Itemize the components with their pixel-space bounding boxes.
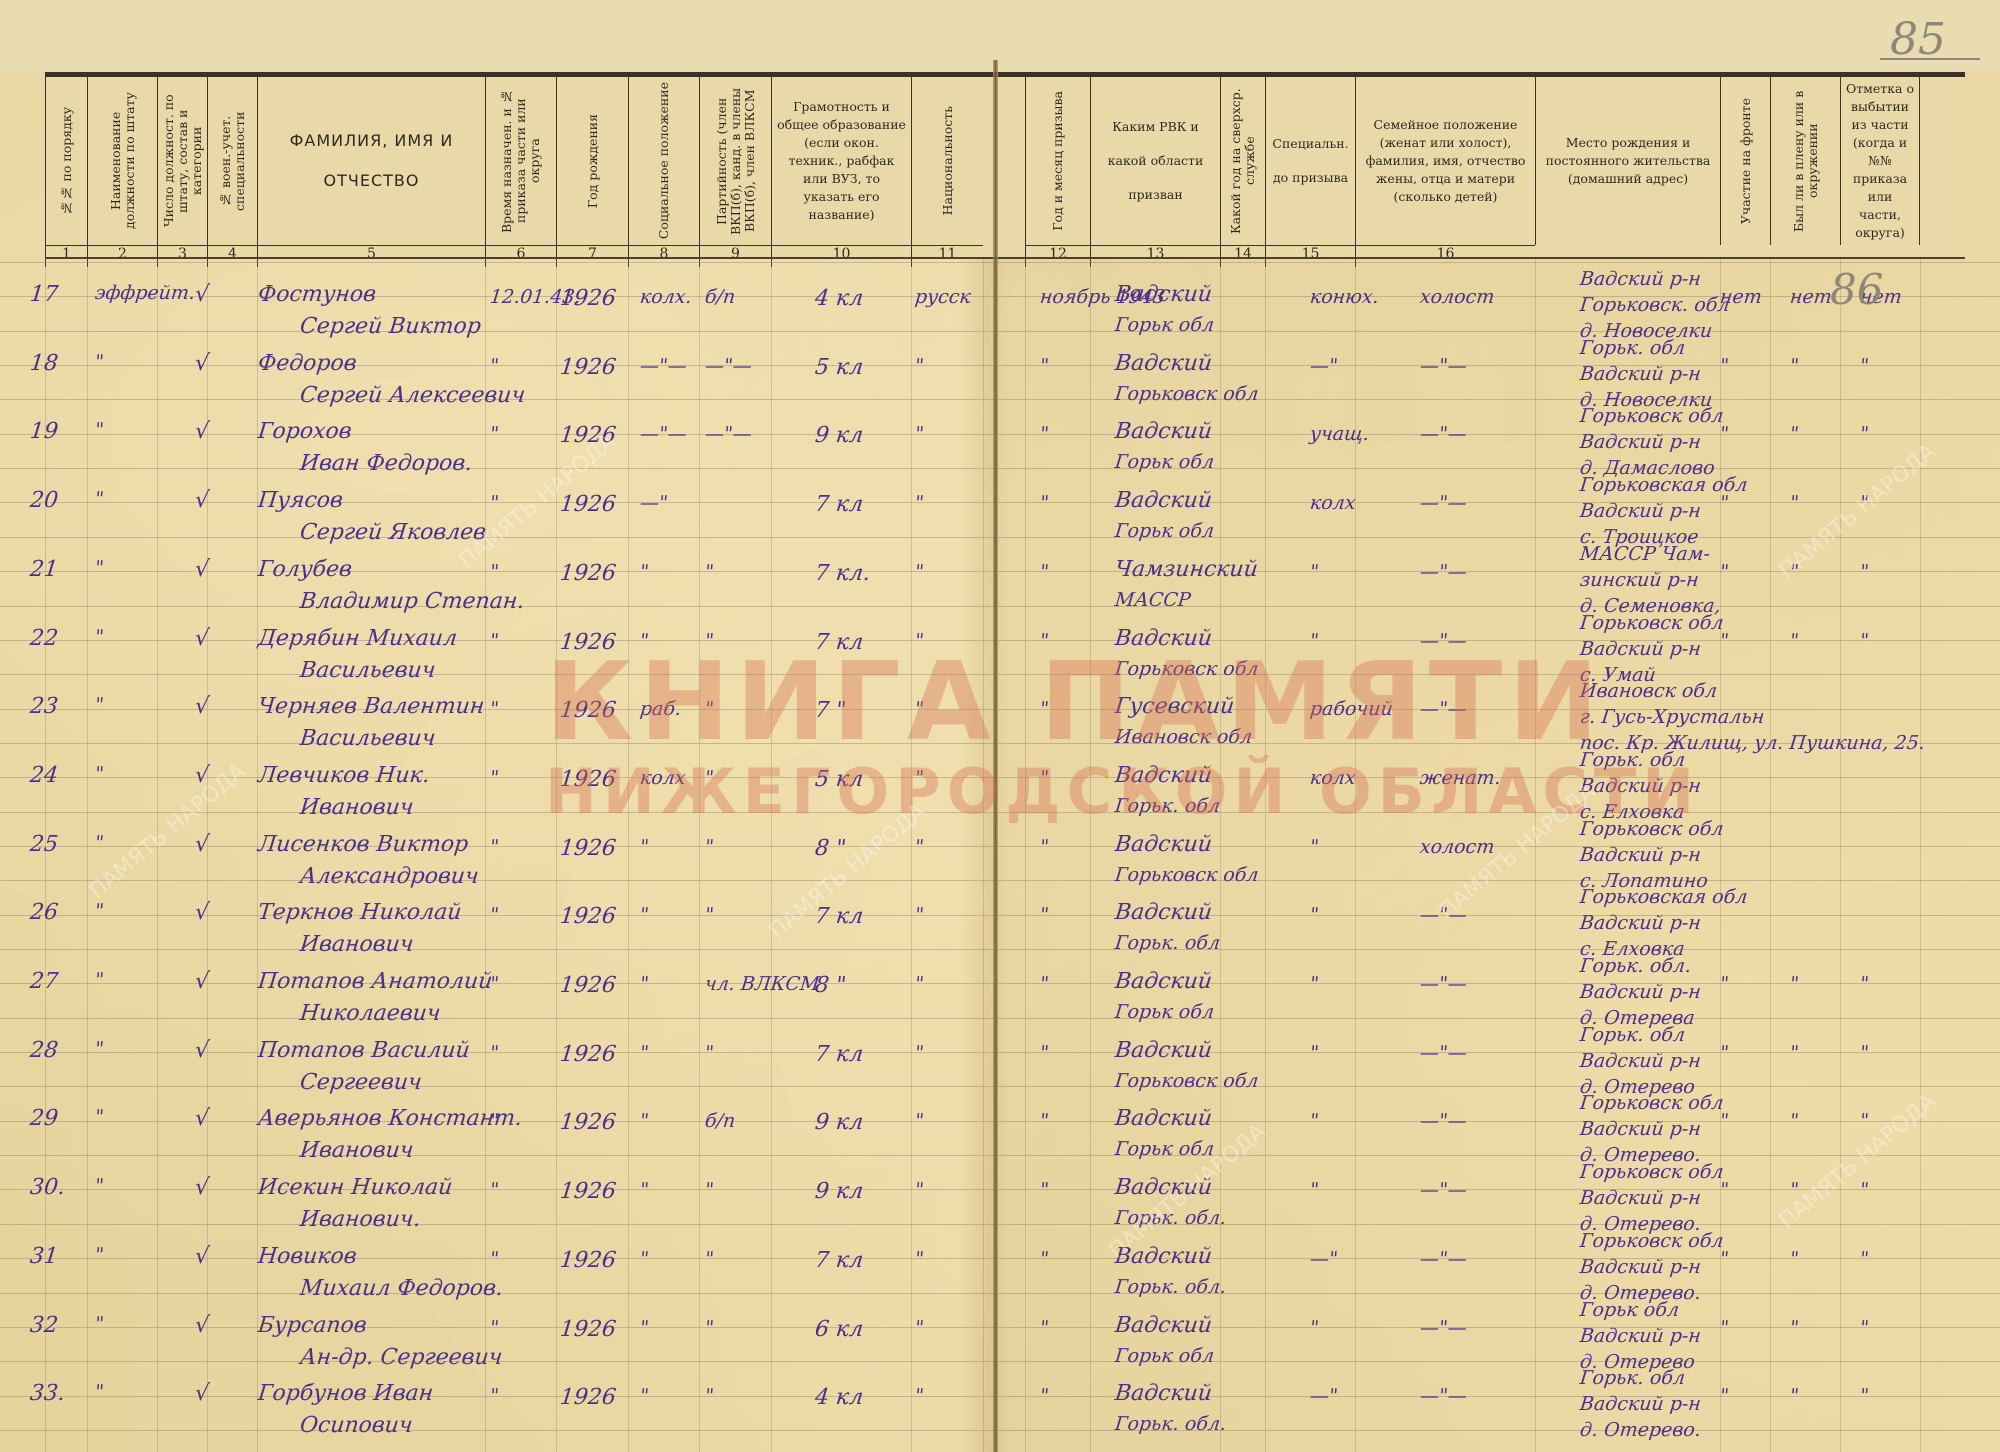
surname-given: Пуясов xyxy=(257,488,345,513)
pre-service-specialty: колх xyxy=(1309,492,1357,514)
draft-office: Вадский xyxy=(1114,1313,1214,1338)
row-number: 26 xyxy=(29,900,60,925)
column-rule xyxy=(485,259,486,1452)
marital-status: —"— xyxy=(1419,423,1468,445)
check-mark: √ xyxy=(194,1381,211,1406)
social-status: —"— xyxy=(639,423,688,445)
row-number: 25 xyxy=(29,832,60,857)
birth-year: 1926 xyxy=(559,1248,618,1273)
draft-office: Вадский xyxy=(1114,969,1214,994)
draft-region: Горьк обл xyxy=(1114,1345,1215,1367)
address-line-1: Горьк. обл xyxy=(1579,337,1686,359)
col-num-1: 1 xyxy=(45,245,87,267)
marital-status: —"— xyxy=(1419,1042,1468,1064)
birth-year: 1926 xyxy=(559,836,618,861)
draft-region: Горьк. обл. xyxy=(1114,1276,1227,1298)
birth-year: 1926 xyxy=(559,1110,618,1135)
birth-year: 1926 xyxy=(559,1042,618,1067)
check-mark: √ xyxy=(194,1244,211,1269)
col-num-4: 4 xyxy=(207,245,257,267)
draft-region: Горьк обл xyxy=(1114,520,1215,542)
col-header-1: №№ по порядку xyxy=(45,77,87,245)
education: 9 кл xyxy=(814,423,865,448)
surname-given: Новиков xyxy=(257,1244,358,1269)
draft-office: Вадский xyxy=(1114,1381,1214,1406)
draft-region: Горьк. обл. xyxy=(1114,1413,1227,1435)
column-rule xyxy=(1770,259,1771,1452)
col-header-10: Грамотность и общее образование (если ок… xyxy=(771,77,911,245)
address-line-1: Горьковск обл xyxy=(1579,1092,1725,1114)
surname-given: Лисенков Виктор xyxy=(257,832,470,857)
marital-status: —"— xyxy=(1419,1248,1468,1270)
address-line-1: Горьковск обл xyxy=(1579,1161,1725,1183)
pre-service-specialty: конюх. xyxy=(1309,286,1380,308)
pre-service-specialty: —" xyxy=(1309,1385,1339,1407)
marital-status: —"— xyxy=(1419,1110,1468,1132)
draft-office: Вадский xyxy=(1114,832,1214,857)
surname-given: Федоров xyxy=(257,351,358,376)
education: 8 " xyxy=(814,836,848,861)
education: 4 кл xyxy=(814,286,865,311)
col-num-3: 3 xyxy=(157,245,207,267)
social-status: колх. xyxy=(639,286,693,308)
birth-year: 1926 xyxy=(559,1179,618,1204)
birth-year: 1926 xyxy=(559,1385,618,1410)
col-num-15: 15 xyxy=(1265,245,1355,267)
col-num-9: 9 xyxy=(699,245,771,267)
given-patronymic: Иванович xyxy=(299,1138,415,1163)
given-patronymic: Иванович. xyxy=(299,1207,422,1232)
col-header-4: № воен.-учет. специальности xyxy=(207,77,257,245)
marital-status: холост xyxy=(1419,286,1496,308)
col-header-9: Партийность (член ВКП(б), канд. в члены … xyxy=(699,77,771,245)
row-number: 33. xyxy=(29,1381,67,1406)
col-header-12: Год и месяц призыва xyxy=(1025,77,1090,245)
draft-office: Вадский xyxy=(1114,900,1214,925)
marital-status: —"— xyxy=(1419,1179,1468,1201)
address-line-3: д. Отерево. xyxy=(1579,1419,1702,1441)
check-mark: √ xyxy=(194,557,211,582)
education: 6 кл xyxy=(814,1317,865,1342)
row-number: 30. xyxy=(29,1175,67,1200)
surname-given: Фостунов xyxy=(257,282,378,307)
row-number: 22 xyxy=(29,626,60,651)
draft-region: Горьковск обл xyxy=(1114,383,1260,405)
draft-region: Горьк обл xyxy=(1114,314,1215,336)
address-line-2: Вадский р-н xyxy=(1579,912,1702,934)
draft-region: Горьк. обл xyxy=(1114,932,1221,954)
col-num-13: 13 xyxy=(1090,245,1220,267)
old-page-number: 86 xyxy=(1830,265,1883,314)
column-rule xyxy=(699,259,700,1452)
front-participation: нет xyxy=(1719,286,1763,308)
education: 8 " xyxy=(814,973,848,998)
birth-year: 1926 xyxy=(559,355,618,380)
given-patronymic: Иванович xyxy=(299,795,415,820)
address-line-2: Горьковск. обл xyxy=(1579,294,1731,316)
social-status: —" xyxy=(639,492,669,514)
pre-service-specialty: учащ. xyxy=(1309,423,1371,445)
column-rule xyxy=(1265,259,1266,1452)
party-membership: —"— xyxy=(704,423,753,445)
check-mark: √ xyxy=(194,1106,211,1131)
surname-given: Исекин Николай xyxy=(257,1175,454,1200)
row-number: 32 xyxy=(29,1313,60,1338)
social-status: —"— xyxy=(639,355,688,377)
check-mark: √ xyxy=(194,832,211,857)
address-line-1: Горьковск обл xyxy=(1579,405,1725,427)
column-rule xyxy=(1535,259,1536,1452)
address-line-2: Вадский р-н xyxy=(1579,981,1702,1003)
given-patronymic: Владимир Степан. xyxy=(299,589,526,614)
draft-office: Чамзинский xyxy=(1114,557,1259,582)
column-rule xyxy=(771,259,772,1452)
address-line-1: Горьк. обл xyxy=(1579,1367,1686,1389)
column-rule xyxy=(1025,259,1026,1452)
education: 9 кл xyxy=(814,1110,865,1135)
address-line-1: Горьк. обл. xyxy=(1579,955,1692,977)
education: 7 кл xyxy=(814,1248,865,1273)
given-patronymic: Сергеевич xyxy=(299,1070,423,1095)
col-header-15: Специальн. до призыва xyxy=(1265,77,1355,245)
surname-given: Аверьянов Констант. xyxy=(257,1106,524,1131)
address-line-2: Вадский р-н xyxy=(1579,431,1702,453)
given-patronymic: Сергей Алексеевич xyxy=(299,383,527,408)
check-mark: √ xyxy=(194,351,211,376)
column-rule xyxy=(1090,259,1091,1452)
column-rule xyxy=(628,259,629,1452)
check-mark: √ xyxy=(194,282,211,307)
watermark-title: КНИГА ПАМЯТИ xyxy=(545,640,1605,765)
draft-region: Горьк обл xyxy=(1114,1138,1215,1160)
row-number: 20 xyxy=(29,488,60,513)
marital-status: —"— xyxy=(1419,492,1468,514)
row-number: 31 xyxy=(29,1244,60,1269)
draft-region: Горьк обл xyxy=(1114,1001,1215,1023)
birth-year: 1926 xyxy=(559,973,618,998)
col-header-3: Число должност. по штату, состав и катег… xyxy=(157,77,207,245)
address-line-2: Вадский р-н xyxy=(1579,1050,1702,1072)
address-line-1: Горьковск обл xyxy=(1579,612,1725,634)
col-num-12: 12 xyxy=(1025,245,1090,267)
col-num-8: 8 xyxy=(628,245,699,267)
surname-given: Левчиков Ник. xyxy=(257,763,431,788)
surname-given: Черняев Валентин xyxy=(257,694,486,719)
check-mark: √ xyxy=(194,1175,211,1200)
education: 7 кл. xyxy=(814,561,872,586)
address-line-2: Вадский р-н xyxy=(1579,1118,1702,1140)
address-line-2: Вадский р-н xyxy=(1579,1393,1702,1415)
draft-office: Вадский xyxy=(1114,1038,1214,1063)
pre-service-specialty: —" xyxy=(1309,1248,1339,1270)
marital-status: —"— xyxy=(1419,1317,1468,1339)
column-rule xyxy=(983,259,984,1452)
draft-office: Вадский xyxy=(1114,351,1214,376)
top-margin xyxy=(0,0,2000,72)
address-line-2: Вадский р-н xyxy=(1579,1187,1702,1209)
column-rule xyxy=(1920,259,1921,1452)
page-number-underline xyxy=(1880,58,1980,60)
col-header-2: Наименование должности по штату xyxy=(87,77,157,245)
surname-given: Потапов Анатолий xyxy=(257,969,494,994)
watermark-subtitle: НИЖЕГОРОДСКОЙ ОБЛАСТИ xyxy=(545,755,1700,828)
column-rule xyxy=(911,259,912,1452)
address-line-2: г. Гусь-Хрустальн xyxy=(1579,706,1766,728)
party-membership: —"— xyxy=(704,355,753,377)
col-num-16: 16 xyxy=(1355,245,1535,267)
address-line-2: Вадский р-н xyxy=(1579,500,1702,522)
check-mark: √ xyxy=(194,900,211,925)
address-line-1: МАССР Чам- xyxy=(1579,543,1711,565)
surname-given: Потапов Василий xyxy=(257,1038,471,1063)
col-header-19: Был ли в плену или в окружении xyxy=(1770,77,1840,245)
address-line-1: Вадский р-н xyxy=(1579,268,1702,290)
check-mark: √ xyxy=(194,488,211,513)
surname-given: Горбунов Иван xyxy=(257,1381,435,1406)
address-line-2: Вадский р-н xyxy=(1579,844,1702,866)
given-patronymic: Иванович xyxy=(299,932,415,957)
given-patronymic: Михаил Федоров. xyxy=(299,1276,505,1301)
col-header-20: Отметка о выбытии из части (когда и №№ п… xyxy=(1840,77,1920,245)
address-line-2: Вадский р-н xyxy=(1579,1256,1702,1278)
education: 5 кл xyxy=(814,355,865,380)
marital-status: —"— xyxy=(1419,1385,1468,1407)
given-patronymic: Николаевич xyxy=(299,1001,442,1026)
col-num-6: 6 xyxy=(485,245,556,267)
row-number: 24 xyxy=(29,763,60,788)
column-rule xyxy=(87,259,88,1452)
col-header-6: Время назначен. и № приказа части или ок… xyxy=(485,77,556,245)
col-header-7: Год рождения xyxy=(556,77,628,245)
check-mark: √ xyxy=(194,626,211,651)
header-bottom-rule xyxy=(45,257,1965,259)
row-number: 21 xyxy=(29,557,60,582)
surname-given: Теркнов Николай xyxy=(257,900,463,925)
col-num-10: 10 xyxy=(771,245,911,267)
given-patronymic: Сергей Виктор xyxy=(299,314,483,339)
col-header-14: Какой год на сверхср. службе xyxy=(1220,77,1265,245)
surname-given: Бурсапов xyxy=(257,1313,368,1338)
given-patronymic: Осипович xyxy=(299,1413,414,1438)
given-patronymic: Иван Федоров. xyxy=(299,451,474,476)
col-header-5: ФАМИЛИЯ, ИМЯ И ОТЧЕСТВО xyxy=(257,77,485,245)
address-line-2: Вадский р-н xyxy=(1579,1325,1702,1347)
address-line-2: Вадский р-н xyxy=(1579,363,1702,385)
nationality: русск xyxy=(914,286,972,308)
marital-status: —"— xyxy=(1419,561,1468,583)
given-patronymic: Васильевич xyxy=(299,658,437,683)
birth-year: 1926 xyxy=(559,1317,618,1342)
draft-region: МАССР xyxy=(1114,589,1192,611)
education: 4 кл xyxy=(814,1385,865,1410)
draft-region: Горьк обл xyxy=(1114,451,1215,473)
row-number: 19 xyxy=(29,419,60,444)
col-header-8: Социальное положение xyxy=(628,77,699,245)
col-header-17: Место рождения и постоянного жительства … xyxy=(1535,77,1720,245)
marital-status: —"— xyxy=(1419,973,1468,995)
given-patronymic: Сергей Яковлев xyxy=(299,520,488,545)
address-line-1: Горьковск обл xyxy=(1579,1230,1725,1252)
row-rule xyxy=(0,262,2000,263)
row-number: 28 xyxy=(29,1038,60,1063)
party-membership: б/п xyxy=(704,286,737,308)
draft-office: Вадский xyxy=(1114,488,1214,513)
birth-year: 1926 xyxy=(559,561,618,586)
col-num-7: 7 xyxy=(556,245,628,267)
birth-year: 1926 xyxy=(559,904,618,929)
row-number: 18 xyxy=(29,351,60,376)
row-number: 27 xyxy=(29,969,60,994)
row-number: 17 xyxy=(29,282,60,307)
col-header-13: Каким РВК и какой области призван xyxy=(1090,77,1220,245)
col-header-11: Национальность xyxy=(911,77,983,245)
check-mark: √ xyxy=(194,694,211,719)
given-patronymic: Ан-др. Сергеевич xyxy=(299,1345,504,1370)
check-mark: √ xyxy=(194,969,211,994)
education: 7 кл xyxy=(814,492,865,517)
column-rule xyxy=(1840,259,1841,1452)
address-line-1: Горьк обл xyxy=(1579,1299,1680,1321)
col-num-2: 2 xyxy=(87,245,157,267)
address-line-1: Горьк. обл xyxy=(1579,1024,1686,1046)
birth-year: 1926 xyxy=(559,492,618,517)
pre-service-specialty: —" xyxy=(1309,355,1339,377)
surname-given: Горохов xyxy=(257,419,353,444)
col-header-18: Участие на фронте xyxy=(1720,77,1770,245)
marital-status: холост xyxy=(1419,836,1496,858)
check-mark: √ xyxy=(194,1313,211,1338)
education: 7 кл xyxy=(814,1042,865,1067)
address-line-1: Горьковская обл xyxy=(1579,886,1749,908)
column-rule xyxy=(1220,259,1221,1452)
check-mark: √ xyxy=(194,419,211,444)
given-patronymic: Александрович xyxy=(299,864,480,889)
draft-region: Горьковск обл xyxy=(1114,1070,1260,1092)
col-num-5: 5 xyxy=(257,245,485,267)
row-number: 23 xyxy=(29,694,60,719)
draft-office: Вадский xyxy=(1114,282,1214,307)
draft-office: Вадский xyxy=(1114,419,1214,444)
party-membership: б/п xyxy=(704,1110,737,1132)
birth-year: 1926 xyxy=(559,286,618,311)
address-line-2: зинский р-н xyxy=(1579,569,1700,591)
marital-status: —"— xyxy=(1419,355,1468,377)
surname-given: Дерябин Михаил xyxy=(257,626,459,651)
row-number: 29 xyxy=(29,1106,60,1131)
col-header-16: Семейное положение (женат или холост), ф… xyxy=(1355,77,1535,245)
draft-region: Горьковск обл xyxy=(1114,864,1260,886)
col-num-11: 11 xyxy=(911,245,983,267)
col-num-14: 14 xyxy=(1220,245,1265,267)
party-membership: чл. ВЛКСМ xyxy=(704,973,821,995)
check-mark: √ xyxy=(194,1038,211,1063)
given-patronymic: Васильевич xyxy=(299,726,437,751)
post-name: эффрейт. xyxy=(94,282,196,304)
column-rule xyxy=(556,259,557,1452)
education: 9 кл xyxy=(814,1179,865,1204)
table-header: №№ по порядку Наименование должности по … xyxy=(45,77,1965,257)
captivity: нет xyxy=(1789,286,1833,308)
draft-office: Вадский xyxy=(1114,1106,1214,1131)
surname-given: Голубев xyxy=(257,557,353,582)
